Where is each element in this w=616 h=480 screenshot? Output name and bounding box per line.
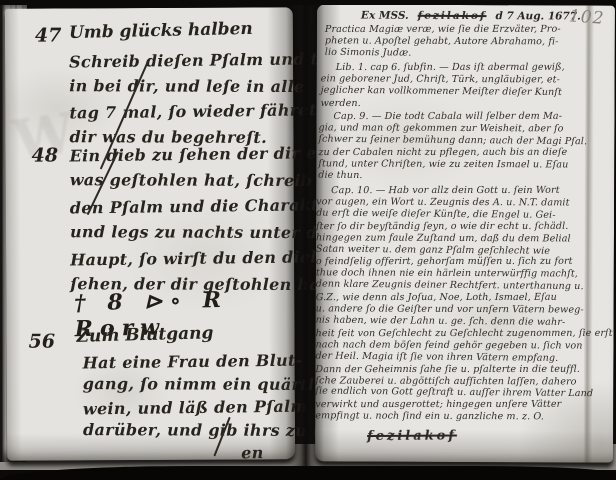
- photo-top-border: [0, 0, 616, 5]
- entry-56-heading: Zum̄ Blutgang: [76, 323, 213, 347]
- manuscript-photo: W 47 Umb glücks halben Schreib dieſen Pſ…: [0, 0, 616, 480]
- photo-bottom-border: [0, 466, 616, 480]
- manuscript-line: empfingt u. noch ſind ein u. ganzliche m…: [315, 411, 612, 424]
- page-number: 102: [568, 6, 605, 29]
- manuscript-line: werden.: [321, 98, 565, 110]
- entry-number-48: 48: [32, 144, 59, 166]
- paragraph-2: Lib. 1. cap 6. ſubfin. — Das iſt abermal…: [321, 61, 565, 110]
- left-page: W 47 Umb glücks halben Schreib dieſen Pſ…: [5, 7, 295, 461]
- paragraph-3: Cap. 9. — Die todt Cabala will ſelber de…: [318, 110, 587, 183]
- book-gutter-shadow: [286, 0, 324, 474]
- manuscript-line: Lib. 1. cap 6. ſubfin. — Das iſt abermal…: [321, 62, 565, 74]
- entry-number-47: 47: [35, 24, 62, 46]
- manuscript-line: Practica Magiæ veræ, wie ſie die Erzväte…: [325, 24, 561, 36]
- right-page: Ex MSS. fezilakof d 7 Aug. 1677. 102 Pra…: [315, 4, 615, 462]
- page-header: Ex MSS. fezilakof d 7 Aug. 1677.: [361, 10, 581, 23]
- paragraph-4: Cap. 10. — Hab vor allz dein Gott u. ſei…: [315, 184, 613, 423]
- manuscript-line: Cap. 9. — Die todt Cabala will ſelber de…: [319, 111, 588, 123]
- manuscript-line: heit ſeit von Geſchlecht zu Geſchlecht z…: [316, 328, 613, 340]
- entry-47-heading: Umb glücks halben: [69, 19, 253, 43]
- manuscript-line: Cap. 10. — Hab vor allz dein Gott u. ſei…: [316, 185, 613, 197]
- manuscript-line: die thun.: [318, 170, 587, 185]
- manuscript-line: Dann der Geheimnis ſahe ſie u. pſalterte…: [315, 363, 612, 375]
- manuscript-line: o feindſelig offerirt, gehorſam müſſen u…: [316, 256, 613, 268]
- manuscript-line: zu der Cabalen nicht zu pflegen, auch bi…: [318, 147, 587, 159]
- entry-number-56: 56: [29, 330, 56, 352]
- manuscript-line: G.Z., wie denn als Joſua, Noe, Loth, Ism…: [316, 292, 613, 304]
- manuscript-line: lio Simonis Judæ.: [325, 47, 561, 61]
- struck-scribble: fezilakof: [367, 428, 457, 444]
- paragraph-1: Practica Magiæ veræ, wie ſie die Erzväte…: [325, 23, 561, 60]
- header-prefix: Ex MSS.: [361, 10, 409, 22]
- manuscript-line: verwirkt und ausgerottet; hingegen unſer…: [315, 399, 612, 411]
- struck-word: fezilakof: [418, 10, 487, 22]
- manuscript-line: ſter ſo dir beyſtändig ſeyn, o wie dir e…: [316, 221, 613, 233]
- manuscript-line: der Heil. Magia iſt ſie von ihren Vätern…: [315, 350, 612, 365]
